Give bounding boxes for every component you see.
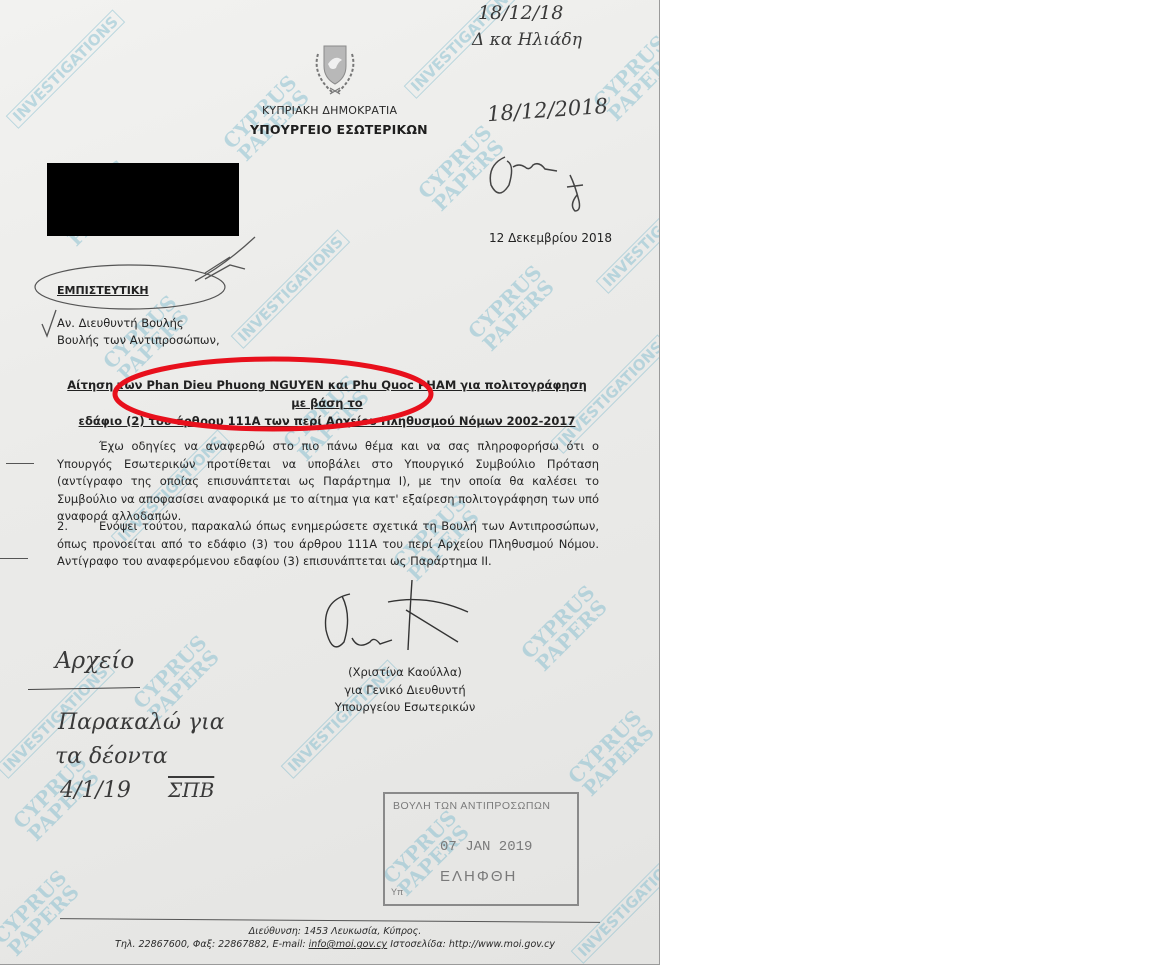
margin-mark [6,463,34,464]
footer-email-link[interactable]: info@moi.gov.cy [309,939,388,950]
footer-divider [60,918,600,923]
stamp-title: ΒΟΥΛΗ ΤΩΝ ΑΝΤΙΠΡΟΣΩΠΩΝ [393,800,550,812]
handwritten-underline [28,687,140,690]
received-stamp: ΒΟΥΛΗ ΤΩΝ ΑΝΤΙΠΡΟΣΩΠΩΝ 07 JAN 2019 ΕΛΗΦΘ… [383,792,579,906]
handwritten-date-mid: 18/12/2018 [486,94,608,126]
footer-website: http://www.moi.gov.cy [449,939,555,950]
letter-date: 12 Δεκεμβρίου 2018 [489,231,612,245]
redacted-recipient-block [47,163,239,236]
red-highlight-ellipse [108,352,438,437]
classification-label: ΕΜΠΙΣΤΕΥΤΙΚΗ [57,284,149,297]
paragraph-number: 2. [57,518,99,536]
ministry-name: ΥΠΟΥΡΓΕΙΟ ΕΣΩΤΕΡΙΚΩΝ [250,122,428,137]
paragraph-2-text: Ενόψει τούτου, παρακαλώ όπως ενημερώσετε… [57,519,599,568]
paragraph-1: Έχω οδηγίες να αναφερθώ στο πιο πάνω θέμ… [57,438,599,526]
footer-contact: Τηλ. 22867600, Φαξ: 22867882, E-mail: in… [100,938,570,951]
signatory-title-2: Υπουργείου Εσωτερικών [330,699,480,717]
signatory-title-1: για Γενικό Διευθυντή [330,682,480,700]
handwritten-note-date: 4/1/19 [60,778,131,803]
recipient-line-1: Αν. Διευθυντή Βουλής [57,315,220,332]
stamp-date: 07 JAN 2019 [440,839,532,855]
handwritten-note-line-1: Παρακαλώ για [58,710,225,735]
paragraph-2: 2.Ενόψει τούτου, παρακαλώ όπως ενημερώσε… [57,518,599,571]
handwritten-note-line-2: τα δέοντα [55,744,168,769]
handwritten-note-initials: ΣΠΒ [168,778,214,802]
handwritten-note-top: Δ κα Ηλιάδη [472,30,582,50]
watermark-cyprus-papers: CYPRUSPAPERS [465,262,558,355]
scanned-letter-page: INVESTIGATIONS CYPRUSPAPERS INVESTIGATIO… [0,0,660,965]
signatory-name: (Χριστίνα Καούλλα) [330,664,480,682]
recipient-line-2: Βουλής των Αντιπροσώπων, [57,332,220,349]
signature-block: (Χριστίνα Καούλλα) για Γενικό Διευθυντή … [330,664,480,717]
page-fold-shadow [0,0,47,65]
republic-name: ΚΥΠΡΙΑΚΗ ΔΗΜΟΚΡΑΤΙΑ [262,104,397,117]
watermark-cyprus-papers: CYPRUSPAPERS [565,707,658,800]
signature-scribble [318,580,478,670]
margin-mark [0,558,28,559]
handwritten-archive-note: Αρχείο [55,648,134,674]
stamp-status: ΕΛΗΦΘΗ [440,868,517,885]
stamp-by: Υπ [391,887,403,897]
handwritten-initials [485,145,605,220]
cyprus-coat-of-arms-icon [300,40,370,100]
footer-address: Διεύθυνση: 1453 Λευκωσία, Κύπρος. [100,925,570,938]
recipient-address: Αν. Διευθυντή Βουλής Βουλής των Αντιπροσ… [57,315,220,349]
handwritten-date-top: 18/12/18 [478,2,563,24]
watermark-cyprus-papers: CYPRUSPAPERS [518,582,611,675]
watermark-cyprus-papers: CYPRUSPAPERS [0,867,83,960]
watermark-investigations: INVESTIGATIONS [571,844,660,964]
letter-footer: Διεύθυνση: 1453 Λευκωσία, Κύπρος. Τηλ. 2… [100,925,570,951]
